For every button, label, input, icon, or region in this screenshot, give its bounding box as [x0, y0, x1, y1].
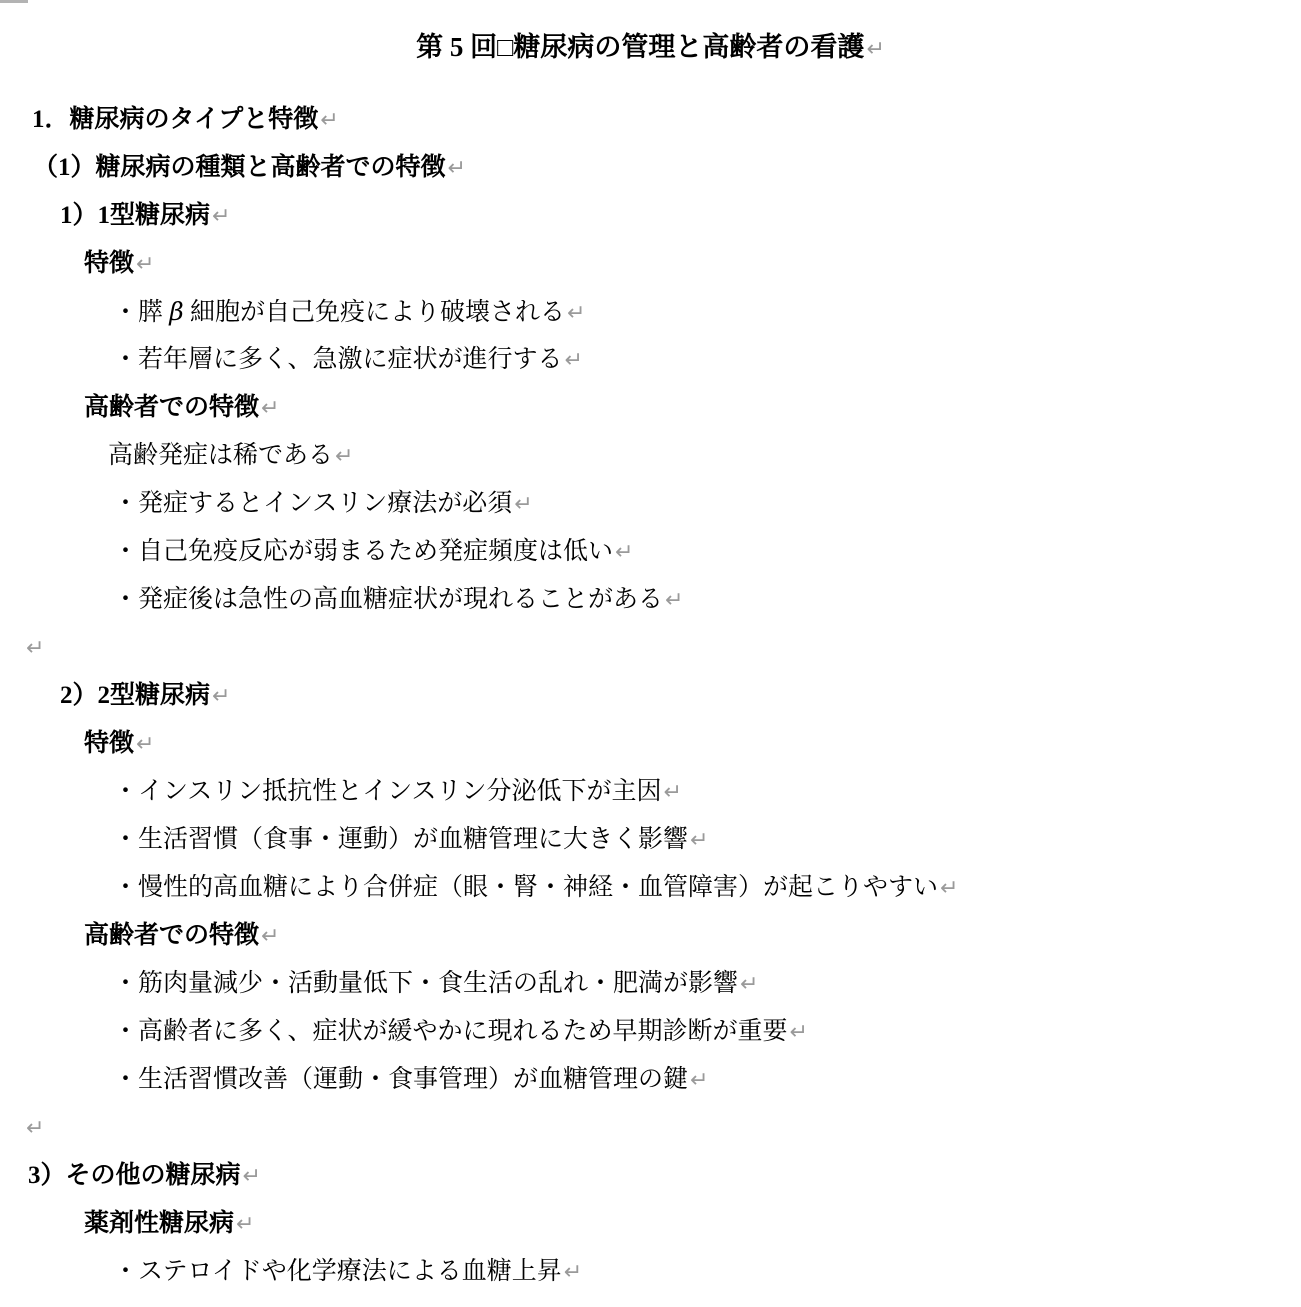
bullet-type2-lifestyle-text: ・生活習慣（食事・運動）が血糖管理に大きく影響: [113, 826, 688, 853]
label-type1-features: 特徴↵: [0, 240, 1301, 288]
paragraph-mark-icon: ↵: [565, 301, 585, 326]
bullet-type1-young-text: ・若年層に多く、急激に症状が進行する: [113, 346, 563, 373]
paragraph-mark-icon: ↵: [318, 108, 338, 133]
heading-other-diabetes: 3）その他の糖尿病↵: [0, 1152, 1301, 1200]
paragraph-mark-icon: ↵: [234, 1212, 254, 1237]
heading-type2-diabetes: 2）2型糖尿病↵: [0, 672, 1301, 720]
bullet-type1-insulin-required: ・発症するとインスリン療法が必須↵: [0, 480, 1301, 528]
paragraph-mark-icon: ↵: [241, 1164, 261, 1189]
bullet-type2-lifestyle-influence: ・生活習慣（食事・運動）が血糖管理に大きく影響↵: [0, 816, 1301, 864]
bullet-type1-beta-cells: ・膵 β 細胞が自己免疫により破壊される↵: [0, 288, 1301, 336]
paragraph-mark-icon: ↵: [788, 1020, 808, 1045]
heading-other-text: 3）その他の糖尿病: [28, 1162, 241, 1189]
bullet-type2-complications-text: ・慢性的高血糖により合併症（眼・腎・神経・血管障害）が起こりやすい: [113, 874, 938, 901]
bullet-type2-improvement-text: ・生活習慣改善（運動・食事管理）が血糖管理の鍵: [113, 1066, 688, 1093]
label-drug-induced-text: 薬剤性糖尿病: [84, 1210, 234, 1237]
paragraph-mark-icon: ↵: [446, 156, 466, 181]
paragraph-mark-icon: ↵: [24, 636, 44, 661]
bullet-type1-acute-hyperglycemia: ・発症後は急性の高血糖症状が現れることがある↵: [0, 576, 1301, 624]
paragraph-mark-icon: ↵: [210, 204, 230, 229]
paragraph-mark-icon: ↵: [864, 37, 884, 62]
paragraph-mark-icon: ↵: [663, 588, 683, 613]
paragraph-mark-icon: ↵: [938, 876, 958, 901]
note-type1-rare-onset-text: 高齢発症は稀である: [108, 442, 333, 469]
bullet-type2-lifestyle-improvement: ・生活習慣改善（運動・食事管理）が血糖管理の鍵↵: [0, 1056, 1301, 1104]
bullet-type2-muscle-loss: ・筋肉量減少・活動量低下・食生活の乱れ・肥満が影響↵: [0, 960, 1301, 1008]
document-title-text: 第 5 回□糖尿病の管理と高齢者の看護: [416, 32, 864, 62]
bullet-steroid-chemotherapy: ・ステロイドや化学療法による血糖上昇↵: [0, 1248, 1301, 1296]
bullet-type2-early-diagnosis: ・高齢者に多く、症状が緩やかに現れるため早期診断が重要↵: [0, 1008, 1301, 1056]
heading-kinds-and-elderly-text: （1）糖尿病の種類と高齢者での特徴: [33, 154, 446, 181]
bullet-type1-autoimmune-text: ・自己免疫反応が弱まるため発症頻度は低い: [113, 538, 613, 565]
label-type1-features-text: 特徴: [84, 250, 134, 277]
paragraph-mark-icon: ↵: [562, 1260, 582, 1285]
paragraph-mark-icon: ↵: [24, 1116, 44, 1141]
heading-diabetes-types: 1．糖尿病のタイプと特徴↵: [0, 96, 1301, 144]
heading-type2-text: 2）2型糖尿病: [60, 682, 210, 709]
paragraph-mark-icon: ↵: [662, 780, 682, 805]
paragraph-mark-icon: ↵: [563, 348, 583, 373]
bullet-type2-insulin-resistance: ・インスリン抵抗性とインスリン分泌低下が主因↵: [0, 768, 1301, 816]
heading-type1-diabetes: 1）1型糖尿病↵: [0, 192, 1301, 240]
paragraph-mark-icon: ↵: [613, 540, 633, 565]
paragraph-mark-icon: ↵: [259, 396, 279, 421]
paragraph-mark-icon: ↵: [259, 924, 279, 949]
document-page: 第 5 回□糖尿病の管理と高齢者の看護↵ 1．糖尿病のタイプと特徴↵ （1）糖尿…: [0, 0, 1301, 1296]
label-type2-features-text: 特徴: [84, 730, 134, 757]
label-type2-elderly-features: 高齢者での特徴↵: [0, 912, 1301, 960]
empty-paragraph: ↵: [0, 624, 1301, 672]
heading-type1-text: 1）1型糖尿病: [60, 202, 210, 229]
bullet-type1-autoimmune-low: ・自己免疫反応が弱まるため発症頻度は低い↵: [0, 528, 1301, 576]
paragraph-mark-icon: ↵: [134, 252, 154, 277]
paragraph-mark-icon: ↵: [134, 732, 154, 757]
label-type1-elderly-text: 高齢者での特徴: [84, 394, 259, 421]
bullet-beta-pre: ・膵: [113, 299, 169, 326]
heading-kinds-and-elderly: （1）糖尿病の種類と高齢者での特徴↵: [0, 144, 1301, 192]
bullet-type1-young-onset: ・若年層に多く、急激に症状が進行する↵: [0, 336, 1301, 384]
bullet-steroid-text: ・ステロイドや化学療法による血糖上昇: [113, 1258, 562, 1285]
paragraph-mark-icon: ↵: [210, 684, 230, 709]
empty-paragraph: ↵: [0, 1104, 1301, 1152]
bullet-type2-muscle-text: ・筋肉量減少・活動量低下・食生活の乱れ・肥満が影響: [113, 970, 738, 997]
text-boundary-marker: [0, 0, 28, 3]
label-type2-features: 特徴↵: [0, 720, 1301, 768]
beta-symbol: β: [169, 297, 183, 326]
bullet-type1-insulin-text: ・発症するとインスリン療法が必須: [113, 490, 512, 517]
label-type2-elderly-text: 高齢者での特徴: [84, 922, 259, 949]
paragraph-mark-icon: ↵: [738, 972, 758, 997]
bullet-type2-diagnosis-text: ・高齢者に多く、症状が緩やかに現れるため早期診断が重要: [113, 1018, 788, 1045]
paragraph-mark-icon: ↵: [688, 1068, 708, 1093]
bullet-type2-resistance-text: ・インスリン抵抗性とインスリン分泌低下が主因: [113, 778, 662, 805]
paragraph-mark-icon: ↵: [512, 492, 532, 517]
note-type1-rare-onset: 高齢発症は稀である↵: [0, 432, 1301, 480]
heading-diabetes-types-text: 1．糖尿病のタイプと特徴: [32, 106, 318, 133]
bullet-type1-acute-text: ・発症後は急性の高血糖症状が現れることがある: [113, 586, 663, 613]
bullet-type2-complications: ・慢性的高血糖により合併症（眼・腎・神経・血管障害）が起こりやすい↵: [0, 864, 1301, 912]
paragraph-mark-icon: ↵: [688, 828, 708, 853]
bullet-beta-post: 細胞が自己免疫により破壊される: [184, 299, 565, 326]
document-title: 第 5 回□糖尿病の管理と高齢者の看護↵: [0, 23, 1301, 71]
label-type1-elderly-features: 高齢者での特徴↵: [0, 384, 1301, 432]
label-drug-induced-diabetes: 薬剤性糖尿病↵: [0, 1200, 1301, 1248]
paragraph-mark-icon: ↵: [333, 444, 353, 469]
